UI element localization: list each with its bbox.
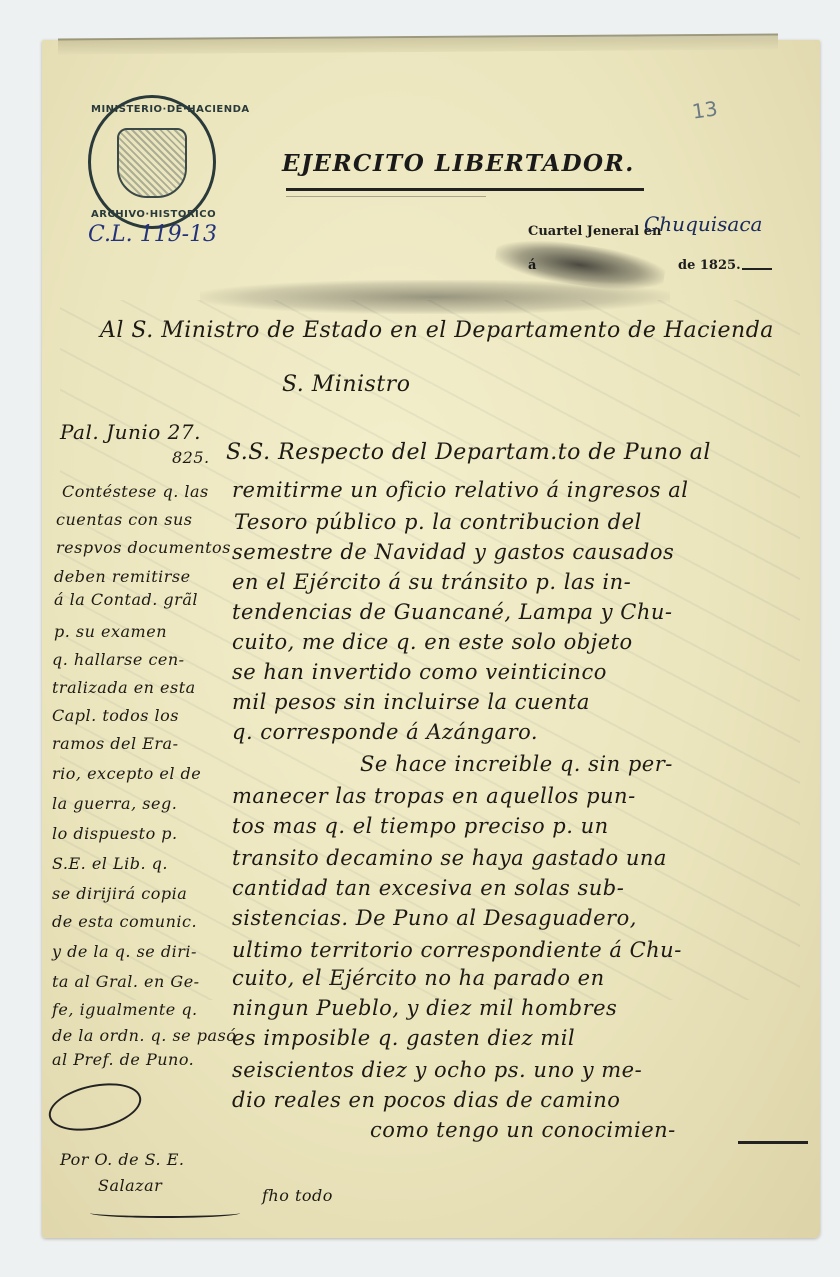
body-line: Tesoro público p. la contribucion del <box>234 510 642 534</box>
margin-line: fe, igualmente q. <box>52 1000 198 1019</box>
salutation: S. Ministro <box>282 372 410 397</box>
body-line: Se hace increible q. sin per- <box>360 752 673 776</box>
body-line: es imposible q. gasten diez mil <box>232 1026 575 1050</box>
body-line: sistencias. De Puno al Desaguadero, <box>232 906 637 930</box>
stamp-bottom-text: ARCHIVO·HISTORICO <box>91 209 213 220</box>
body-line: remitirme un oficio relativo á ingresos … <box>232 478 688 502</box>
headquarters-place: Chuquisaca <box>644 212 762 236</box>
margin-line: respvos documentos <box>56 538 231 557</box>
coat-of-arms-icon <box>117 128 187 198</box>
date-year: de 1825. <box>678 258 741 273</box>
margin-line: ramos del Era- <box>52 734 178 753</box>
date-dash <box>742 268 772 270</box>
body-line: seiscientos diez y ocho ps. uno y me- <box>232 1058 642 1082</box>
margin-line: cuentas con sus <box>56 510 193 529</box>
margin-line: rio, excepto el de <box>52 764 201 783</box>
margin-line: Contéstese q. las <box>62 482 209 501</box>
stamp-top-text: MINISTERIO·DE·HACIENDA <box>91 104 213 115</box>
margin-line: á la Contad. grãl <box>54 590 198 609</box>
body-line: como tengo un conocimien- <box>370 1118 676 1142</box>
body-line: ningun Pueblo, y diez mil hombres <box>232 996 617 1020</box>
folio-number: 13 <box>690 96 719 123</box>
body-line: ultimo territorio correspondiente á Chu- <box>232 938 682 962</box>
catalog-number: C.L. 119-13 <box>88 222 217 247</box>
body-line: mil pesos sin incluirse la cuenta <box>232 690 590 714</box>
document-title: EJERCITO LIBERTADOR. <box>282 150 635 177</box>
title-rule <box>286 188 644 191</box>
margin-line: al Pref. de Puno. <box>52 1050 194 1069</box>
margin-line: tralizada en esta <box>52 678 196 697</box>
headquarters-label: Cuartel Jeneral en <box>528 224 661 239</box>
margin-line: Capl. todos los <box>52 706 179 725</box>
line-end-rule <box>738 1141 808 1144</box>
title-rule-faint <box>286 196 486 197</box>
body-line: tendencias de Guancané, Lampa y Chu- <box>232 600 672 624</box>
body-line: en el Ejército á su tránsito p. las in- <box>232 570 631 594</box>
margin-line: p. su examen <box>54 622 167 641</box>
body-line: cantidad tan excesiva en solas sub- <box>232 876 624 900</box>
signature-flourish <box>90 1208 240 1218</box>
body-line: tos mas q. el tiempo preciso p. un <box>232 814 609 838</box>
margin-line: lo dispuesto p. <box>52 824 178 843</box>
margin-line: de la ordn. q. se pasó <box>52 1026 236 1045</box>
body-line: cuito, el Ejército no ha parado en <box>232 966 605 990</box>
body-line: q. corresponde á Azángaro. <box>232 720 538 744</box>
body-line: dio reales en pocos dias de camino <box>232 1088 620 1112</box>
rubric-note: fho todo <box>262 1186 333 1205</box>
archive-stamp: MINISTERIO·DE·HACIENDA ARCHIVO·HISTORICO <box>88 95 216 229</box>
margin-line: y de la q. se diri- <box>52 942 197 961</box>
body-line: transito decamino se haya gastado una <box>232 846 667 870</box>
margin-line: 825. <box>172 448 210 467</box>
margin-line: S.E. el Lib. q. <box>52 854 168 873</box>
addressee-line: Al S. Ministro de Estado en el Departame… <box>100 318 774 343</box>
margin-line: de esta comunic. <box>52 912 197 931</box>
ink-smudge <box>200 280 670 314</box>
order-line: Por O. de S. E. <box>60 1150 184 1169</box>
body-line: se han invertido como veinticinco <box>232 660 607 684</box>
margin-line: ta al Gral. en Ge- <box>52 972 200 991</box>
margin-line: deben remitirse <box>54 567 191 586</box>
body-line: S.S. Respecto del Departam.to de Puno al <box>226 440 711 465</box>
signature-name: Salazar <box>98 1176 162 1195</box>
margin-line: q. hallarse cen- <box>52 650 185 669</box>
margin-line: Pal. Junio 27. <box>60 420 201 444</box>
body-line: semestre de Navidad y gastos causados <box>232 540 674 564</box>
body-line: manecer las tropas en aquellos pun- <box>232 784 636 808</box>
body-line: cuito, me dice q. en este solo objeto <box>232 630 633 654</box>
margin-line: se dirijirá copia <box>52 884 187 903</box>
margin-line: la guerra, seg. <box>52 794 177 813</box>
